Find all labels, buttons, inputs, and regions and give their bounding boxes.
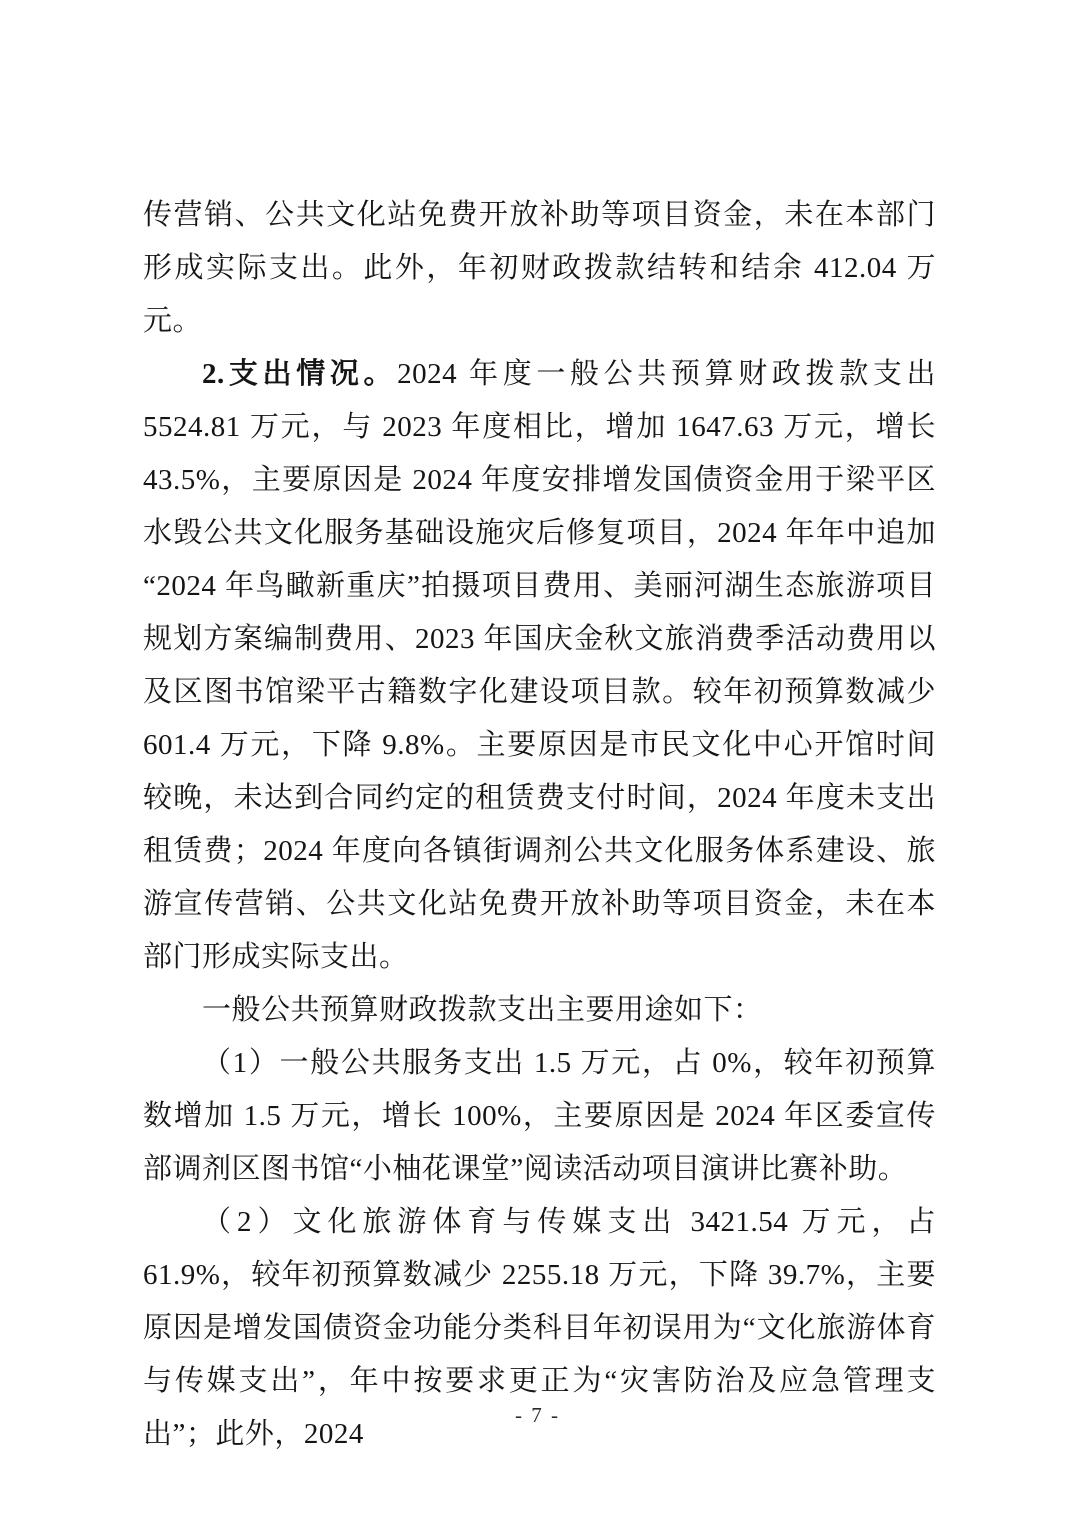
paragraph-continuation: 传营销、公共文化站免费开放补助等项目资金，未在本部门形成实际支出。此外，年初财政… — [143, 189, 936, 348]
paragraph-text: 传营销、公共文化站免费开放补助等项目资金，未在本部门形成实际支出。此外，年初财政… — [143, 199, 936, 337]
document-page: { "document": { "paragraphs": { "p0": { … — [0, 0, 1075, 1520]
page-background: 传营销、公共文化站免费开放补助等项目资金，未在本部门形成实际支出。此外，年初财政… — [0, 0, 1075, 1520]
paragraph-expenditure-overview: 2.支出情况。2024 年度一般公共预算财政拨款支出 5524.81 万元，与 … — [143, 348, 936, 984]
paragraph-text: 一般公共预算财政拨款支出主要用途如下： — [202, 994, 763, 1026]
page-number: - 7 - — [0, 1400, 1075, 1430]
paragraph-usage-intro: 一般公共预算财政拨款支出主要用途如下： — [143, 984, 936, 1037]
paragraph-text: （1）一般公共服务支出 1.5 万元，占 0%，较年初预算数增加 1.5 万元，… — [143, 1047, 936, 1185]
paragraph-item-1: （1）一般公共服务支出 1.5 万元，占 0%，较年初预算数增加 1.5 万元，… — [143, 1037, 936, 1196]
paragraph-bold-lead: 2.支出情况。 — [202, 358, 397, 390]
document-body-text: 传营销、公共文化站免费开放补助等项目资金，未在本部门形成实际支出。此外，年初财政… — [143, 189, 936, 1461]
paragraph-text: 2024 年度一般公共预算财政拨款支出 5524.81 万元，与 2023 年度… — [143, 358, 936, 973]
